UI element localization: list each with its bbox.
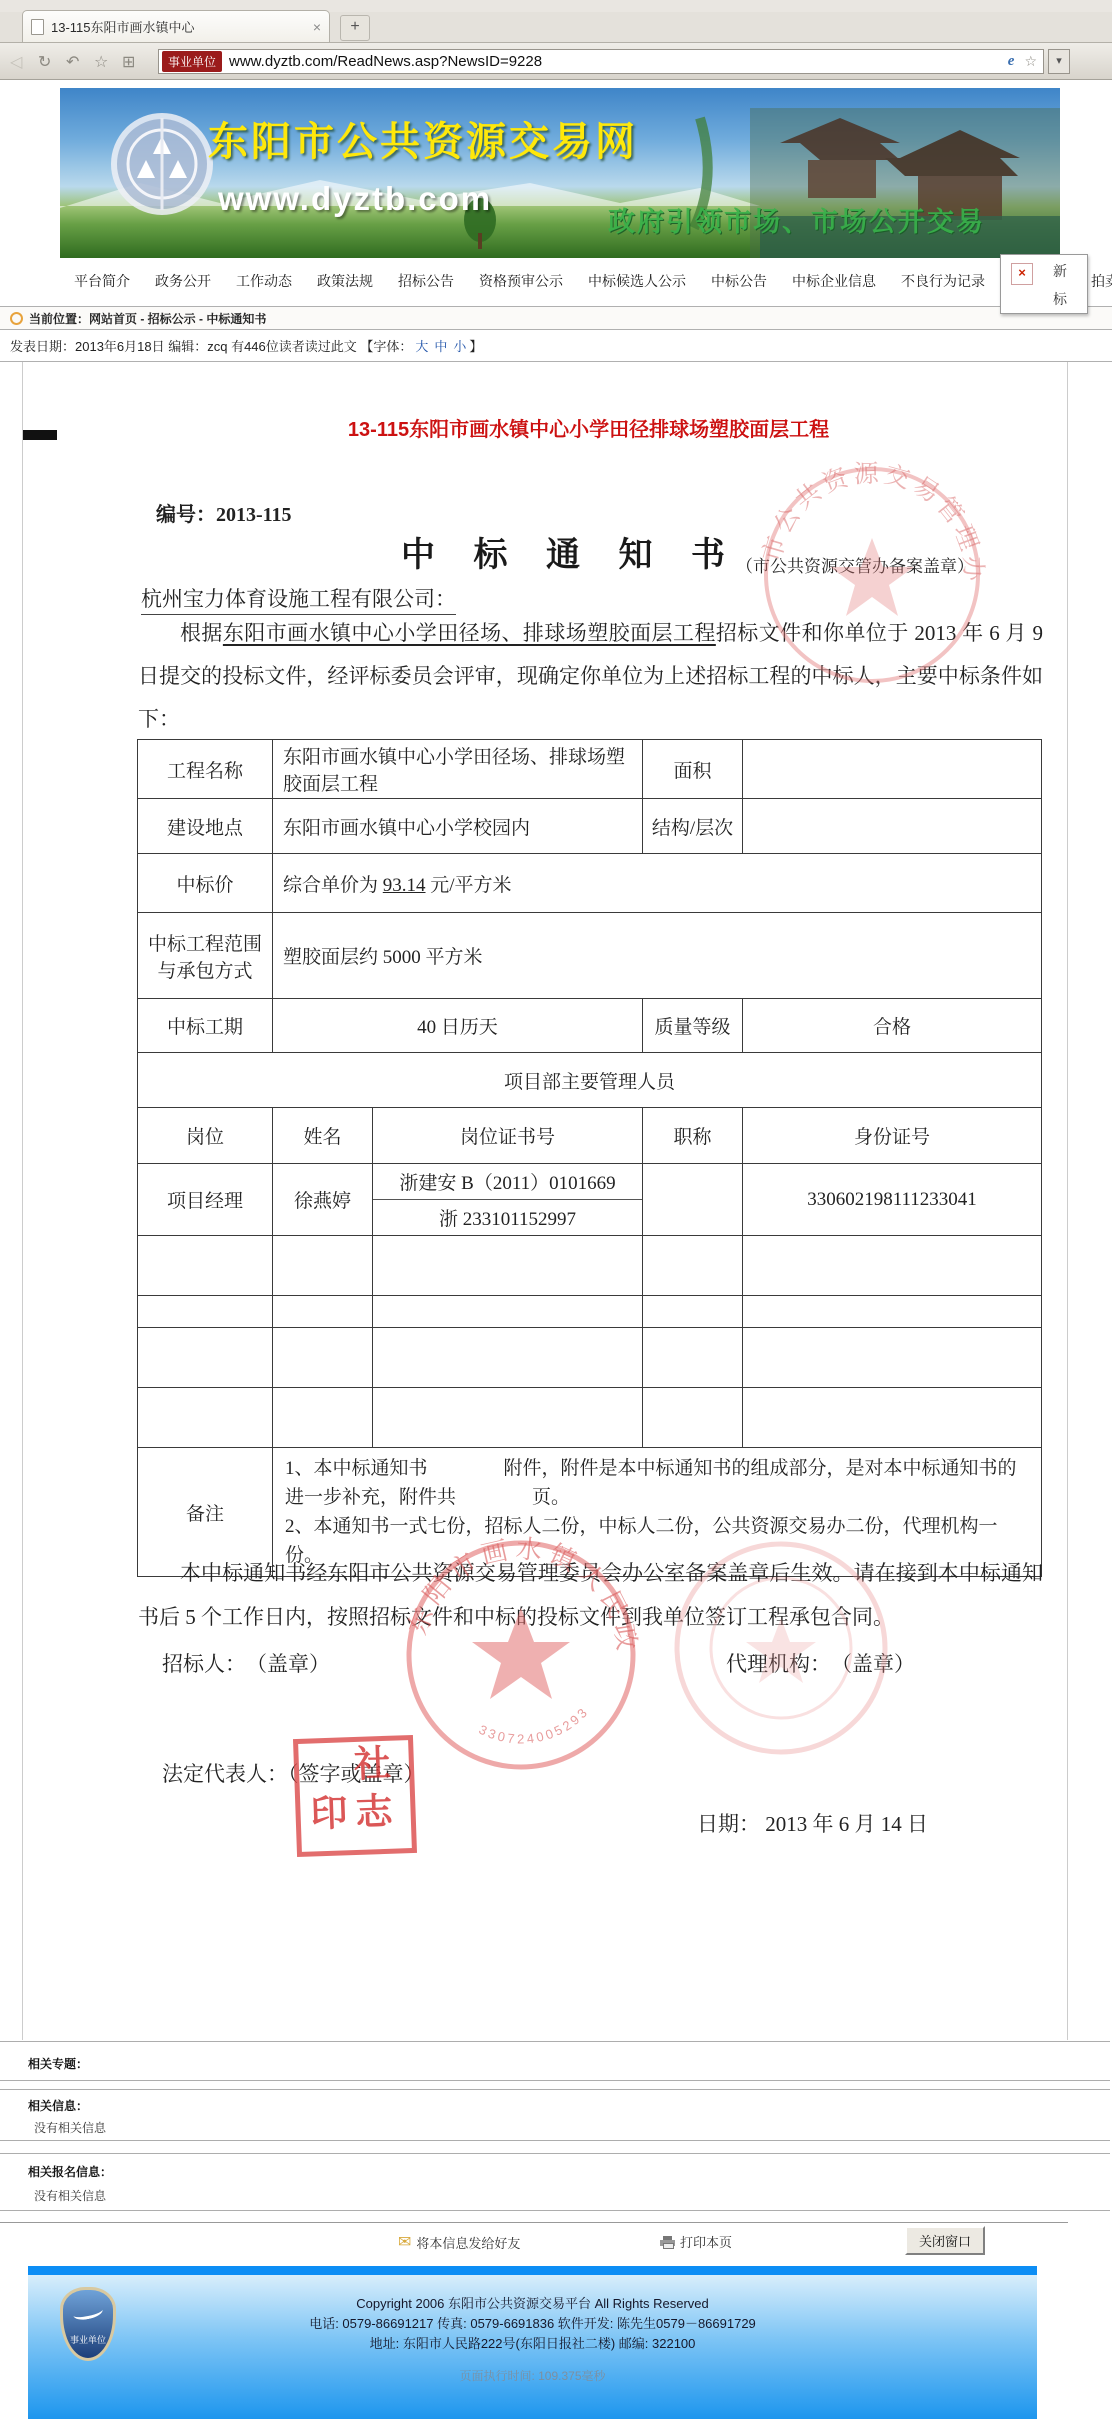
new-tab-button[interactable]: + (340, 15, 370, 41)
refresh-icon[interactable]: ↻ (38, 52, 51, 72)
cell-manager-post: 项目经理 (138, 1164, 273, 1236)
site-name: 东阳市公共资源交易网 (208, 110, 638, 167)
cell-price-value: 综合单价为 93.14 元/平方米 (273, 854, 1042, 913)
cell-area-value (743, 740, 1042, 799)
unit-badge: 事业单位 (162, 51, 222, 72)
para1-prefix: 根据 (180, 621, 223, 645)
site-slogan: 政府引领市场、市场公开交易 (608, 200, 985, 239)
page-icon (31, 19, 44, 35)
cell-header-id: 身份证号 (743, 1108, 1042, 1164)
recipient-company: 杭州宝力体育设施工程有限公司： (141, 583, 456, 615)
tab-title: 13-115东阳市画水镇中心 (51, 17, 306, 36)
footer-top-bar (28, 2266, 1037, 2275)
popup-close-icon[interactable]: × (1011, 263, 1033, 285)
seal-line-2: 印志 (300, 1788, 412, 1840)
table-section-header-row: 项目部主要管理人员 (138, 1053, 1042, 1108)
compatibility-icon[interactable]: e (1008, 53, 1015, 70)
manager-cert-1: 浙建安 B（2011）0101669 (373, 1164, 642, 1200)
grid-icon[interactable]: ⊞ (122, 52, 135, 72)
nav-item-candidates[interactable]: 中标候选人公示 (588, 271, 686, 291)
cell-duration-label: 中标工期 (138, 999, 273, 1053)
cell-manager-id: 330602198111233041 (743, 1164, 1042, 1236)
nav-item-work-news[interactable]: 工作动态 (236, 271, 292, 291)
cell-price-label: 中标价 (138, 854, 273, 913)
cell-scope-label: 中标工程范围与承包方式 (138, 913, 273, 999)
nav-item-bad-records[interactable]: 不良行为记录 (901, 271, 985, 291)
cell-manager-cert: 浙建安 B（2011）0101669 浙 233101152997 (373, 1164, 643, 1236)
nav-item-platform[interactable]: 平台简介 (74, 271, 130, 291)
related-signup-box: 相关报名信息： 没有相关信息 (0, 2153, 1110, 2211)
url-field[interactable]: 事业单位 www.dyztb.com/ReadNews.asp?NewsID=9… (158, 49, 1044, 74)
url-text[interactable]: www.dyztb.com/ReadNews.asp?NewsID=9228 (229, 53, 1008, 70)
breadcrumb-bullet-icon (10, 312, 23, 325)
footer-exec-time: 页面执行时间: 109.375毫秒 (28, 2367, 1037, 2384)
table-empty-row (138, 1236, 1042, 1296)
table-empty-row (138, 1388, 1042, 1448)
bookmark-icon[interactable]: ☆ (1024, 53, 1037, 70)
cell-location-label: 建设地点 (138, 799, 273, 854)
related-info-box: 相关信息： 没有相关信息 (0, 2089, 1110, 2141)
cell-area-label: 面积 (643, 740, 743, 799)
meta-suffix: 】 (469, 336, 482, 355)
document-number: 编号：2013-115 (156, 498, 292, 527)
price-underlined: 93.14 (383, 875, 426, 896)
breadcrumb: 当前位置： 网站首页 - 招标公示 - 中标通知书 (0, 306, 1112, 330)
table-row: 项目经理 徐燕婷 浙建安 B（2011）0101669 浙 2331011529… (138, 1164, 1042, 1236)
legal-rep-seal: 社 印志 (293, 1735, 417, 1857)
cell-manager-title (643, 1164, 743, 1236)
notice-paragraph-1: 根据东阳市画水镇中心小学田径场、排球场塑胶面层工程招标文件和你单位于 2013 … (138, 612, 1043, 741)
related-topics-box: 相关专题： (0, 2041, 1110, 2081)
table-empty-row (138, 1296, 1042, 1328)
print-page-label: 打印本页 (680, 2232, 732, 2251)
legal-rep-line: 法定代表人：（签字或盖章） (162, 1758, 425, 1788)
footer-copyright: Copyright 2006 东阳市公共资源交易平台 All Rights Re… (28, 2293, 1037, 2312)
nav-item-prequalification[interactable]: 资格预审公示 (479, 271, 563, 291)
cell-header-title: 职称 (643, 1108, 743, 1164)
site-url: www.dyztb.com (218, 180, 492, 218)
cell-structure-label: 结构/层次 (643, 799, 743, 854)
notice-title-note: （市公共资源交管办备案盖章） (736, 552, 974, 577)
article-meta: 发表日期：2013年6月18日 编辑：zcq 有446位读者读过此文 【字体： … (0, 330, 1112, 362)
nav-item-award-notice[interactable]: 中标公告 (711, 271, 767, 291)
table-row: 中标工期 40 日历天 质量等级 合格 (138, 999, 1042, 1053)
article-title: 13-115东阳市画水镇中心小学田径排球场塑胶面层工程 (136, 413, 1041, 442)
price-prefix: 综合单价为 (283, 875, 383, 896)
popup-text-line2: 标 (1053, 289, 1067, 309)
nav-item-policy[interactable]: 政策法规 (317, 271, 373, 291)
undo-icon[interactable]: ↶ (66, 52, 79, 72)
cell-structure-value (743, 799, 1042, 854)
remark-line-1: 1、本中标通知书 附件，附件是本中标通知书的组成部分，是对本中标通知书的进一步补… (285, 1454, 1029, 1512)
cell-quality-value: 合格 (743, 999, 1042, 1053)
print-page-link[interactable]: 打印本页 (660, 2232, 732, 2251)
footer-contacts: 电话: 0579-86691217 传真: 0579-6691836 软件开发:… (28, 2313, 1037, 2332)
main-nav: 平台简介 政务公开 工作动态 政策法规 招标公告 资格预审公示 中标候选人公示 … (60, 262, 1060, 300)
related-topics-label: 相关专题： (28, 2055, 88, 2072)
cell-personnel-section: 项目部主要管理人员 (138, 1053, 1042, 1108)
cell-project-name-label: 工程名称 (138, 740, 273, 799)
related-info-label: 相关信息： (28, 2097, 88, 2114)
cell-manager-name: 徐燕婷 (273, 1164, 373, 1236)
breadcrumb-label: 当前位置： (29, 310, 89, 327)
related-info-empty: 没有相关信息 (34, 2119, 106, 2136)
cell-quality-label: 质量等级 (643, 999, 743, 1053)
meta-text: 发表日期：2013年6月18日 编辑：zcq 有446位读者读过此文 【字体： (10, 336, 412, 355)
close-window-button[interactable]: 关闭窗口 (905, 2226, 985, 2255)
cell-duration-value: 40 日历天 (273, 999, 643, 1053)
footer-address: 地址: 东阳市人民路222号(东阳日报社二楼) 邮编: 322100 (28, 2333, 1037, 2352)
back-icon[interactable]: ◁ (10, 52, 22, 72)
table-header-row: 岗位 姓名 岗位证书号 职称 身份证号 (138, 1108, 1042, 1164)
notice-title: 中 标 通 知 书 (401, 527, 740, 576)
nav-item-tender-notice[interactable]: 招标公告 (398, 271, 454, 291)
manager-cert-2: 浙 233101152997 (373, 1200, 642, 1235)
price-suffix: 元/平方米 (426, 875, 512, 896)
font-size-large-link[interactable]: 大 (415, 336, 428, 355)
nav-item-auction-info[interactable]: 拍卖信息 (1091, 271, 1112, 291)
notification-popup[interactable]: × 新 标 (1000, 254, 1088, 314)
table-row: 工程名称 东阳市画水镇中心小学田径场、排球场塑胶面层工程 面积 (138, 740, 1042, 799)
url-dropdown-button[interactable]: ▾ (1048, 49, 1070, 74)
site-banner: 东阳市公共资源交易网 www.dyztb.com 政府引领市场、市场公开交易 (60, 88, 1060, 258)
action-divider (0, 2222, 1068, 2223)
agency-seal-line: 代理机构： （盖章） (726, 1648, 915, 1678)
tab-close-icon[interactable]: × (313, 19, 321, 35)
date-line: 日期： 2013 年 6 月 14 日 (697, 1808, 928, 1838)
font-size-medium-link[interactable]: 中 (434, 336, 447, 355)
site-logo (102, 104, 222, 224)
table-empty-row (138, 1328, 1042, 1388)
send-to-friend-label: 将本信息发给好友 (416, 2233, 520, 2252)
envelope-icon: ✉ (398, 2232, 411, 2252)
printer-icon (660, 2236, 675, 2248)
cell-header-cert: 岗位证书号 (373, 1108, 643, 1164)
nav-item-gov-open[interactable]: 政务公开 (155, 271, 211, 291)
tenderer-seal-line: 招标人： （盖章） (162, 1648, 330, 1678)
related-signup-empty: 没有相关信息 (34, 2187, 106, 2204)
table-row: 建设地点 东阳市画水镇中心小学校园内 结构/层次 (138, 799, 1042, 854)
award-table: 工程名称 东阳市画水镇中心小学田径场、排球场塑胶面层工程 面积 建设地点 东阳市… (137, 739, 1042, 1577)
scan-artifact (23, 430, 57, 440)
nav-item-winner-info[interactable]: 中标企业信息 (792, 271, 876, 291)
cell-location-value: 东阳市画水镇中心小学校园内 (273, 799, 643, 854)
related-signup-label: 相关报名信息： (28, 2163, 112, 2180)
cell-header-name: 姓名 (273, 1108, 373, 1164)
footer: 事业单位 Copyright 2006 东阳市公共资源交易平台 All Righ… (28, 2275, 1037, 2419)
para1-underlined-project: 东阳市画水镇中心小学田径场、排球场塑胶面层工程 (223, 621, 716, 645)
popup-text-line1: 新 (1053, 261, 1067, 281)
cell-header-post: 岗位 (138, 1108, 273, 1164)
favorite-icon[interactable]: ☆ (94, 52, 108, 72)
send-to-friend-link[interactable]: ✉ 将本信息发给好友 (398, 2232, 520, 2252)
cell-project-name-value: 东阳市画水镇中心小学田径场、排球场塑胶面层工程 (273, 740, 643, 799)
document-page: 13-115东阳市画水镇中心小学田径排球场塑胶面层工程 编号：2013-115 … (22, 362, 1068, 2040)
table-row: 中标价 综合单价为 93.14 元/平方米 (138, 854, 1042, 913)
cell-scope-value: 塑胶面层约 5000 平方米 (273, 913, 1042, 999)
browser-tab[interactable]: 13-115东阳市画水镇中心 × (22, 10, 330, 42)
breadcrumb-path[interactable]: 网站首页 - 招标公示 - 中标通知书 (89, 310, 266, 327)
notice-paragraph-2: 本中标通知书经东阳市公共资源交易管理委员会办公室备案盖章后生效。请在接到本中标通… (138, 1551, 1043, 1639)
font-size-small-link[interactable]: 小 (453, 336, 466, 355)
table-row: 中标工程范围与承包方式 塑胶面层约 5000 平方米 (138, 913, 1042, 999)
browser-window: 13-115东阳市画水镇中心 × + ◁ ↻ ↶ ☆ ⊞ 事业单位 www.dy… (0, 0, 1112, 2419)
